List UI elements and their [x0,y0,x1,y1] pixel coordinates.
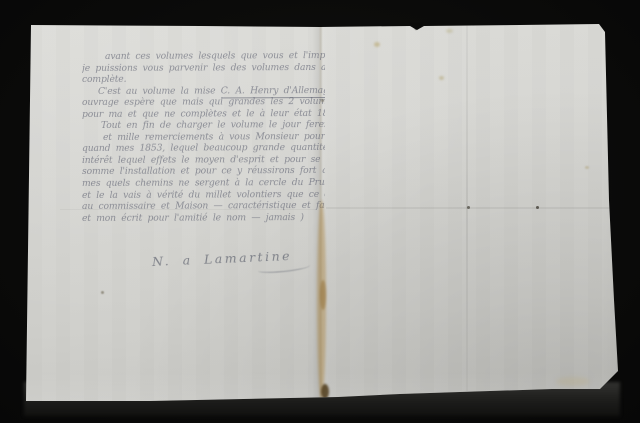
paper-notch [410,23,422,30]
manuscript-line: au commissaire et Maison — caractéristiq… [82,200,325,213]
manuscript-line: Tout en fin de charger le volume le jour… [101,119,325,132]
manuscript-line: ouvrage espère que mais qui grandes les … [82,96,325,109]
foxing-stain [320,280,326,310]
manuscript-text: avant ces volumes lesquels que vous et l… [82,51,325,224]
letter-paper: avant ces volumes lesquels que vous et l… [0,0,640,423]
manuscript-line: complète. [82,73,325,86]
manuscript-line: et mon écrit pour l'amitié le nom — jama… [82,212,325,225]
foxing-stain [585,166,589,169]
manuscript-line: avant ces volumes lesquels que vous et l… [105,51,325,63]
manuscript-line: mes quels chemins ne sergent à la cercle… [82,177,325,190]
photo-background: avant ces volumes lesquels que vous et l… [0,0,640,423]
foxing-stain [101,291,104,294]
manuscript-line: quand mes 1853, lequel beaucoup grande q… [82,142,325,155]
foxing-stain [467,206,470,209]
foxing-stain [321,99,324,102]
foxing-stain [374,42,380,47]
foxing-stain [536,206,539,209]
foxing-stain [556,377,590,386]
foxing-stain [321,384,329,399]
foxing-stain [446,29,453,33]
foxing-stain [439,76,444,80]
